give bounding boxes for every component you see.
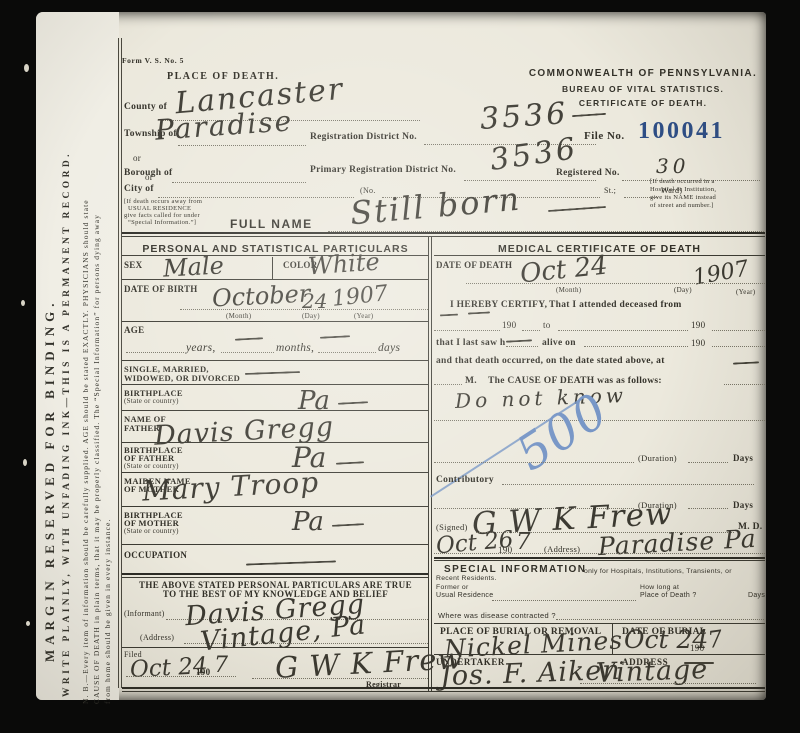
leader-line — [688, 462, 728, 463]
city-st-label: St.; — [604, 186, 616, 195]
primary-registration-label: Primary Registration District No. — [310, 165, 456, 175]
file-no-label: File No. — [584, 130, 625, 142]
leader-line — [522, 330, 540, 331]
date-of-death-label: DATE OF DEATH — [436, 260, 512, 270]
residence-note-line-2: USUAL RESIDENCE — [128, 205, 191, 212]
form-number: Form V. S. No. 5 — [122, 56, 184, 65]
registered-no-value-handwriting: 30 — [656, 156, 689, 176]
rule — [122, 410, 428, 411]
attended-to-line — [558, 330, 688, 331]
certify-text-rest: That I attended deceased from — [549, 300, 682, 310]
registered-no-label: Registered No. — [556, 168, 620, 178]
how-long-days-label: Days — [748, 592, 765, 599]
handwritten-dash — [733, 361, 759, 364]
divider — [434, 557, 765, 559]
residence-note-line-4: “Special Information.”] — [128, 219, 196, 226]
dod-year-sublabel: (Year) — [736, 288, 755, 296]
rule — [122, 279, 428, 280]
film-speck — [26, 621, 30, 626]
primary-registration-line — [464, 180, 596, 181]
borough-line — [172, 182, 306, 183]
attended-to-year-printed: 190 — [691, 320, 705, 330]
margin-nb-line-3: from home should be given in every insta… — [103, 519, 112, 704]
sex-label: SEX — [124, 260, 142, 270]
leader-line — [688, 508, 728, 509]
handwritten-dash — [235, 337, 263, 340]
rule — [434, 623, 765, 624]
age-label: AGE — [124, 325, 144, 335]
margin-nb-line-1: N. B.—Every item of information should b… — [81, 199, 90, 704]
or-label-1: or — [133, 153, 141, 163]
age-days-label: days — [378, 342, 400, 354]
burial-year-printed: 190 — [690, 643, 704, 653]
bureau-heading: BUREAU OF VITAL STATISTICS. — [470, 84, 800, 94]
birthplace-sublabel: (State or country) — [124, 397, 179, 405]
column-divider — [428, 236, 429, 691]
handwritten-dash — [336, 461, 364, 464]
mother-name-value-handwriting: Mary Troop — [141, 468, 319, 505]
informant-address-label: (Address) — [140, 633, 174, 642]
handwritten-dash — [572, 113, 606, 117]
divider — [122, 232, 765, 234]
full-name-label: FULL NAME — [230, 217, 313, 231]
film-speck — [23, 459, 27, 466]
divider — [122, 573, 428, 575]
dob-year-sublabel: (Year) — [354, 312, 373, 320]
informant-label: (Informant) — [124, 609, 165, 618]
date-of-death-line — [466, 283, 765, 284]
mother-birthplace-sublabel: (State or country) — [124, 527, 179, 535]
leader-line — [506, 346, 538, 347]
former-residence-line — [492, 600, 636, 601]
handwritten-dash — [440, 314, 458, 317]
registration-district-label: Registration District No. — [310, 132, 417, 142]
dob-day-sublabel: (Day) — [302, 312, 320, 320]
burial-year-handwriting: 7 — [706, 628, 724, 653]
signed-year-handwriting: 7 — [516, 531, 531, 554]
registration-district-value-handwriting: 3536 — [479, 99, 569, 135]
disease-contracted-label: Where was disease contracted ? — [438, 611, 556, 620]
film-speck — [24, 64, 29, 72]
leader-line — [434, 384, 462, 385]
handwritten-dash — [245, 371, 300, 375]
handwritten-dash — [246, 560, 336, 565]
leader-line — [712, 330, 765, 331]
contributory-line — [502, 484, 754, 485]
handwritten-dash — [468, 311, 490, 314]
commonwealth-heading: COMMONWEALTH OF PENNSYLVANIA. — [470, 68, 800, 79]
attended-from-year-printed: 190 — [502, 320, 516, 330]
rule — [122, 321, 428, 322]
dod-month-sublabel: (Month) — [556, 286, 581, 294]
how-long-label-1: How long at — [640, 584, 679, 591]
handwritten-dash — [320, 335, 350, 339]
death-certificate-document: MARGIN RESERVED FOR BINDING. WRITE PLAIN… — [36, 12, 766, 700]
registrar-line — [252, 678, 428, 679]
days-label-1: Days — [733, 453, 753, 463]
sex-value-handwriting: Male — [162, 253, 224, 280]
film-speck — [21, 300, 25, 306]
dob-label: DATE OF BIRTH — [124, 284, 198, 294]
margin-binding-text: MARGIN RESERVED FOR BINDING. — [42, 299, 58, 662]
sex-color-divider — [272, 257, 273, 279]
undertaker-address-line — [580, 683, 756, 684]
disease-contracted-line — [556, 619, 764, 620]
city-label: City of — [124, 184, 154, 194]
death-occurred-text: and that death occurred, on the date sta… — [436, 356, 665, 366]
duration-label-1: (Duration) — [638, 453, 677, 463]
occupation-label: OCCUPATION — [124, 550, 187, 560]
undertaker-value-handwriting: Jos. F. Aiken — [440, 657, 621, 690]
age-years-line — [126, 352, 184, 353]
file-no-value: 100041 — [638, 118, 725, 145]
age-days-line — [318, 352, 376, 353]
personal-section-title: PERSONAL AND STATISTICAL PARTICULARS — [122, 243, 429, 255]
age-months-line — [221, 352, 274, 353]
duration-line — [434, 462, 634, 463]
township-value-handwriting: Paradise — [154, 107, 294, 145]
county-label: County of — [124, 102, 167, 112]
dob-month-handwriting: October — [211, 281, 310, 310]
age-months-label: months, — [276, 342, 314, 354]
leader-line — [724, 384, 765, 385]
marital-label-line-2: WIDOWED, OR DIVORCED — [124, 373, 240, 383]
handwritten-dash — [548, 206, 606, 212]
date-of-death-year-handwriting: 1907 — [692, 258, 751, 289]
bottom-divider — [122, 687, 765, 689]
rule — [122, 506, 428, 507]
residence-note-line-3: give facts called for under — [124, 212, 200, 219]
divider — [122, 236, 765, 237]
special-information-title: SPECIAL INFORMATION — [444, 564, 586, 575]
dob-month-sublabel: (Month) — [226, 312, 251, 320]
handwritten-dash — [332, 523, 364, 527]
m-label: M. — [465, 376, 477, 386]
dod-day-sublabel: (Day) — [674, 286, 692, 294]
special-information-subtitle: only for Hospitals, Institutions, Transi… — [584, 568, 732, 575]
photo-of-certificate: MARGIN RESERVED FOR BINDING. WRITE PLAIN… — [0, 0, 800, 733]
attended-from-line — [434, 330, 500, 331]
special-information-subtitle-2: Recent Residents. — [436, 575, 497, 582]
last-saw-text: that I last saw h — [436, 338, 506, 348]
filed-year-handwriting: 7 — [214, 655, 228, 677]
certify-text-bold: I HEREBY CERTIFY, — [450, 300, 547, 310]
how-long-label-2: Place of Death ? — [640, 592, 697, 599]
or-label-2: or — [145, 172, 153, 182]
former-residence-label-1: Former or — [436, 584, 469, 591]
rule — [122, 544, 428, 545]
signed-address-line — [434, 553, 765, 554]
rule — [122, 442, 428, 443]
alive-on-text: alive on — [542, 338, 576, 348]
margin-nb-line-2: CAUSE OF DEATH in plain terms, that it m… — [92, 214, 101, 704]
signed-address-value-handwriting: Paradise Pa — [597, 526, 757, 559]
mother-birthplace-value-handwriting: Pa — [292, 509, 324, 535]
alive-on-year-printed: 190 — [691, 338, 705, 348]
column-divider — [431, 236, 432, 691]
rule — [122, 360, 428, 361]
dob-year-handwriting: 1907 — [331, 283, 389, 311]
margin-write-plainly-text: WRITE PLAINLY, WITH UNFADING INK—THIS IS… — [62, 151, 72, 697]
handwritten-dash — [338, 401, 368, 405]
hospital-note-line-1: [If death occurred in a — [650, 178, 715, 185]
filed-line — [126, 676, 236, 677]
township-line — [178, 145, 306, 146]
rule — [122, 384, 428, 385]
hospital-note-line-4: of street and number.] — [650, 202, 714, 209]
dob-day-handwriting: 24 — [302, 291, 327, 311]
father-birthplace-sublabel: (State or country) — [124, 462, 179, 470]
attended-to-label: to — [543, 320, 551, 330]
color-value-handwriting: White — [307, 250, 380, 279]
divider — [122, 577, 428, 578]
hospital-note-line-3: give its NAME instead — [650, 194, 716, 201]
former-residence-label-2: Usual Residence — [436, 592, 493, 599]
handwritten-dash — [506, 339, 532, 342]
contributory-label: Contributory — [436, 475, 494, 485]
leader-line — [712, 346, 765, 347]
residence-note-line-1: [If death occurs away from — [124, 198, 202, 205]
age-years-label: years, — [186, 342, 216, 354]
alive-on-line — [584, 346, 688, 347]
bottom-divider — [122, 691, 765, 692]
days-label-2: Days — [733, 500, 753, 510]
dob-line — [180, 309, 428, 310]
divider — [434, 560, 765, 561]
hospital-note-line-2: Hospital or Institution, — [650, 186, 716, 193]
